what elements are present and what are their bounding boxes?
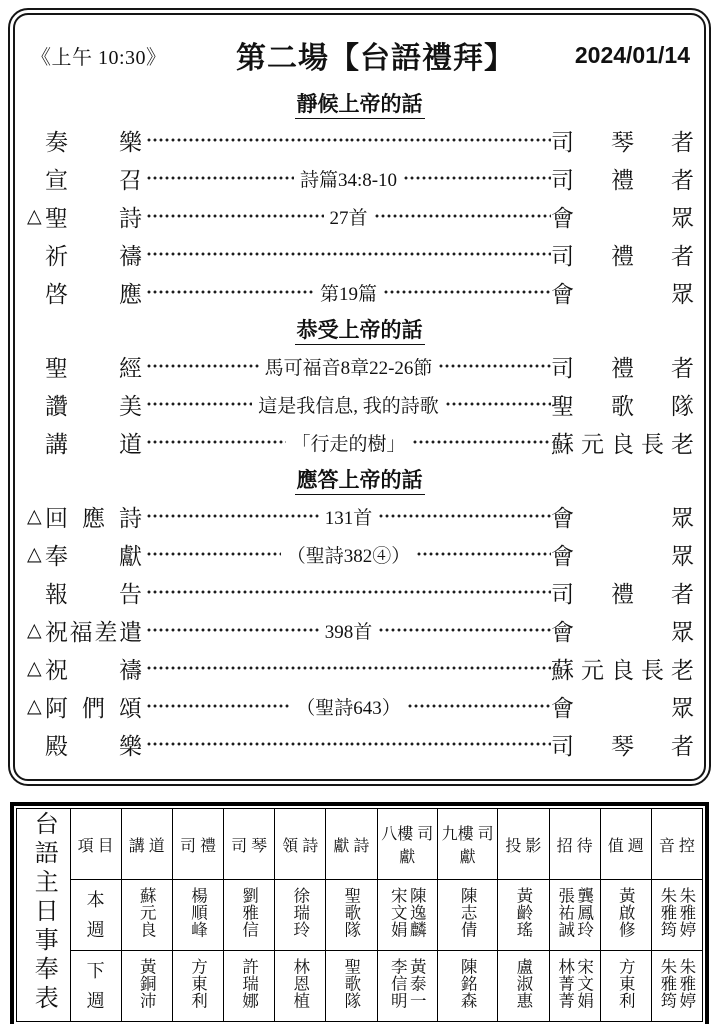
liturgy-role: 會眾 <box>551 276 694 309</box>
program-row: 宣召 詩篇34:8-10 司禮者 <box>23 159 696 197</box>
dotted-leader <box>146 159 294 197</box>
kneel-marker: △ <box>27 207 45 226</box>
program-row: 殿樂 司琴者 <box>23 725 696 763</box>
liturgy-item: 祝禱 <box>45 652 142 685</box>
program-row: 啓應 第19篇 會眾 <box>23 273 696 311</box>
dotted-leader <box>374 197 552 235</box>
liturgy-role: 會眾 <box>551 690 694 723</box>
program-row: △ 奉獻 （聖詩382④） 會眾 <box>23 535 696 573</box>
program-row: △ 聖詩 27首 會眾 <box>23 197 696 235</box>
duty-caption: 台語主日事奉表 <box>31 811 55 1014</box>
duty-col-header: 領 詩 <box>275 809 326 880</box>
dotted-leader <box>378 611 551 649</box>
duty-cell: 劉雅信 <box>224 880 275 951</box>
liturgy-detail: 398首 <box>319 617 379 644</box>
duty-col-header: 九樓 司獻 <box>437 809 497 880</box>
liturgy-detail: 馬可福音8章22-26節 <box>259 353 439 380</box>
liturgy-item: 祈禱 <box>45 238 142 271</box>
duty-cell: 陳志倩 <box>437 880 497 951</box>
program-header: 《上午 10:30》 第二場【台語禮拜】 2024/01/14 <box>23 19 696 85</box>
liturgy-role: 司禮者 <box>551 162 694 195</box>
dotted-leader <box>146 423 286 461</box>
program-row: 祈禱 司禮者 <box>23 235 696 273</box>
liturgy-detail: 131首 <box>319 503 379 530</box>
dotted-leader <box>349 573 552 611</box>
dotted-leader <box>146 235 349 273</box>
duty-col-header: 司 禮 <box>172 809 223 880</box>
dotted-leader <box>146 573 349 611</box>
duty-row-label: 本 週 <box>70 880 121 951</box>
program-row: 奏樂 司琴者 <box>23 121 696 159</box>
dotted-leader <box>146 611 319 649</box>
duty-cell: 盧淑惠 <box>498 951 549 1022</box>
section-title-3: 應答上帝的話 <box>23 463 696 497</box>
dotted-leader <box>349 235 552 273</box>
section-title-1: 靜候上帝的話 <box>23 87 696 121</box>
duty-col-header: 司 琴 <box>224 809 275 880</box>
liturgy-item: 講道 <box>45 426 142 459</box>
program-box-inner: 《上午 10:30》 第二場【台語禮拜】 2024/01/14 靜候上帝的話 奏… <box>13 13 706 781</box>
liturgy-role: 司琴者 <box>551 728 694 761</box>
liturgy-detail: 「行走的樹」 <box>286 429 412 456</box>
kneel-marker: △ <box>27 621 45 640</box>
liturgy-detail: 第19篇 <box>314 279 383 306</box>
bulletin-page: 《上午 10:30》 第二場【台語禮拜】 2024/01/14 靜候上帝的話 奏… <box>0 8 719 1024</box>
duty-cell: 黃啟修 <box>600 880 651 951</box>
program-box: 《上午 10:30》 第二場【台語禮拜】 2024/01/14 靜候上帝的話 奏… <box>8 8 711 786</box>
liturgy-role: 蘇元良長老 <box>551 652 694 685</box>
duty-cell: 楊順峰 <box>172 880 223 951</box>
program-row: △ 阿們頌 （聖詩643） 會眾 <box>23 687 696 725</box>
duty-cell: 朱雅婷朱雅筠 <box>651 951 702 1022</box>
liturgy-role: 司禮者 <box>551 350 694 383</box>
liturgy-item: 奉獻 <box>45 538 142 571</box>
duty-header-row: 台語主日事奉表 項 目 講 道 司 禮 司 琴 領 詩 獻 詩 八樓 司獻 九樓… <box>17 809 703 880</box>
duty-cell: 蘇元良 <box>121 880 172 951</box>
duty-cell: 方東利 <box>172 951 223 1022</box>
dotted-leader <box>146 535 281 573</box>
duty-cell: 宋文娟林菁菁 <box>549 951 600 1022</box>
duty-cell: 黃泰一李信明 <box>377 951 437 1022</box>
duty-cell: 許瑞娜 <box>224 951 275 1022</box>
liturgy-role: 司禮者 <box>551 576 694 609</box>
liturgy-role: 會眾 <box>551 200 694 233</box>
duty-cell: 黃齡瑤 <box>498 880 549 951</box>
dotted-leader <box>438 347 551 385</box>
dotted-leader <box>412 423 552 461</box>
liturgy-detail: （聖詩382④） <box>281 541 417 568</box>
dotted-leader <box>146 121 349 159</box>
program-row: 讚美 這是我信息, 我的詩歌 聖歌隊 <box>23 385 696 423</box>
dotted-leader <box>407 687 551 725</box>
program-row: △ 祝福差遣 398首 會眾 <box>23 611 696 649</box>
duty-cell: 陳銘森 <box>437 951 497 1022</box>
service-time: 《上午 10:30》 <box>31 41 211 70</box>
liturgy-role: 會眾 <box>551 614 694 647</box>
duty-cell: 徐瑞玲 <box>275 880 326 951</box>
liturgy-detail: 詩篇34:8-10 <box>294 165 403 192</box>
duty-col-header: 音 控 <box>651 809 702 880</box>
liturgy-detail: 這是我信息, 我的詩歌 <box>252 391 445 418</box>
liturgy-role: 會眾 <box>551 538 694 571</box>
duty-table-frame: 台語主日事奉表 項 目 講 道 司 禮 司 琴 領 詩 獻 詩 八樓 司獻 九樓… <box>10 802 709 1024</box>
dotted-leader <box>378 497 551 535</box>
dotted-leader <box>416 535 551 573</box>
dotted-leader <box>445 385 551 423</box>
liturgy-item: 報告 <box>45 576 142 609</box>
liturgy-item: 宣召 <box>45 162 142 195</box>
dotted-leader <box>383 273 551 311</box>
duty-cell: 聖歌隊 <box>326 880 377 951</box>
duty-col-header: 八樓 司獻 <box>377 809 437 880</box>
duty-col-header: 項 目 <box>70 809 121 880</box>
program-row: △ 祝禱 蘇元良長老 <box>23 649 696 687</box>
duty-caption-cell: 台語主日事奉表 <box>17 809 71 1022</box>
program-row: 聖經 馬可福音8章22-26節 司禮者 <box>23 347 696 385</box>
liturgy-item: 讚美 <box>45 388 142 421</box>
dotted-leader <box>403 159 551 197</box>
duty-row-this-week: 本 週 蘇元良 楊順峰 劉雅信 徐瑞玲 聖歌隊 陳逸麟宋文娟 陳志倩 黃齡瑤 龔… <box>17 880 703 951</box>
duty-table: 台語主日事奉表 項 目 講 道 司 禮 司 琴 領 詩 獻 詩 八樓 司獻 九樓… <box>16 808 703 1022</box>
dotted-leader <box>146 497 319 535</box>
liturgy-detail: 27首 <box>324 203 374 230</box>
kneel-marker: △ <box>27 545 45 564</box>
liturgy-item: 殿樂 <box>45 728 142 761</box>
liturgy-item: 聖經 <box>45 350 142 383</box>
duty-cell: 黃銅沛 <box>121 951 172 1022</box>
liturgy-item: 奏樂 <box>45 124 142 157</box>
dotted-leader <box>349 121 552 159</box>
program-row: 講道 「行走的樹」 蘇元良長老 <box>23 423 696 461</box>
liturgy-item: 啓應 <box>45 276 142 309</box>
dotted-leader <box>146 273 314 311</box>
dotted-leader <box>349 725 552 763</box>
liturgy-role: 會眾 <box>551 500 694 533</box>
liturgy-role: 蘇元良長老 <box>551 426 694 459</box>
liturgy-item: 回應詩 <box>45 500 142 533</box>
dotted-leader <box>146 725 349 763</box>
dotted-leader <box>146 385 252 423</box>
liturgy-detail: （聖詩643） <box>290 693 407 720</box>
program-row: 報告 司禮者 <box>23 573 696 611</box>
kneel-marker: △ <box>27 659 45 678</box>
duty-cell: 陳逸麟宋文娟 <box>377 880 437 951</box>
liturgy-role: 司琴者 <box>551 124 694 157</box>
kneel-marker: △ <box>27 697 45 716</box>
duty-col-header: 值 週 <box>600 809 651 880</box>
liturgy-item: 聖詩 <box>45 200 142 233</box>
liturgy-item: 祝福差遣 <box>45 614 142 647</box>
duty-cell: 朱雅婷朱雅筠 <box>651 880 702 951</box>
liturgy-item: 阿們頌 <box>45 690 142 723</box>
dotted-leader <box>146 347 259 385</box>
dotted-leader <box>349 649 552 687</box>
duty-col-header: 招 待 <box>549 809 600 880</box>
duty-col-header: 講 道 <box>121 809 172 880</box>
duty-row-next-week: 下 週 黃銅沛 方東利 許瑞娜 林恩植 聖歌隊 黃泰一李信明 陳銘森 盧淑惠 宋… <box>17 951 703 1022</box>
duty-row-label: 下 週 <box>70 951 121 1022</box>
page-title: 第二場【台語禮拜】 <box>211 33 540 77</box>
duty-cell: 林恩植 <box>275 951 326 1022</box>
liturgy-role: 司禮者 <box>551 238 694 271</box>
dotted-leader <box>146 649 349 687</box>
liturgy-role: 聖歌隊 <box>551 388 694 421</box>
service-date: 2024/01/14 <box>540 42 690 69</box>
dotted-leader <box>146 197 324 235</box>
dotted-leader <box>146 687 290 725</box>
duty-col-header: 獻 詩 <box>326 809 377 880</box>
section-title-2: 恭受上帝的話 <box>23 313 696 347</box>
kneel-marker: △ <box>27 507 45 526</box>
duty-cell: 方東利 <box>600 951 651 1022</box>
duty-cell: 聖歌隊 <box>326 951 377 1022</box>
duty-col-header: 投 影 <box>498 809 549 880</box>
program-row: △ 回應詩 131首 會眾 <box>23 497 696 535</box>
duty-cell: 龔鳳玲張祐誠 <box>549 880 600 951</box>
